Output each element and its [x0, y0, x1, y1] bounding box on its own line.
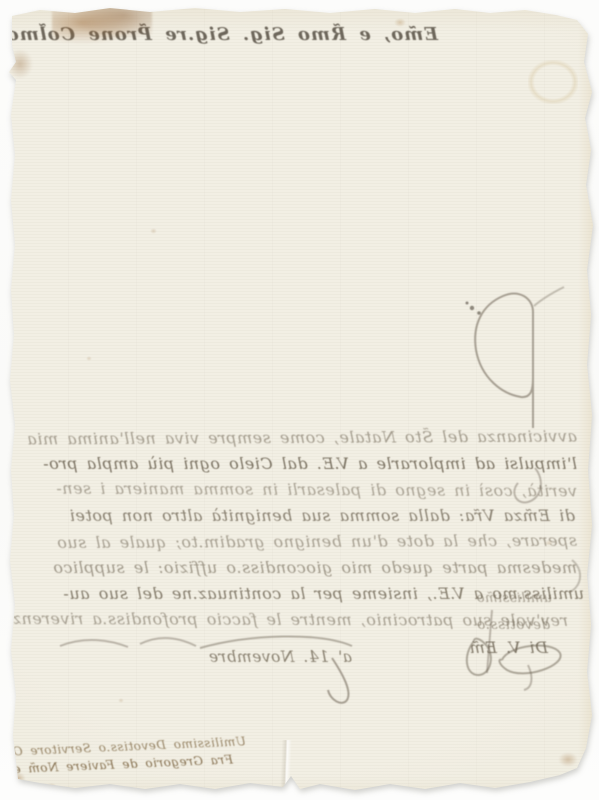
- paper-sheet: Em̃o, e R̃mo Sig. Sig.re P̃rone Col̃mo a…: [0, 0, 599, 800]
- bleed-through-closing-line: Di V. Em̃: [448, 638, 548, 657]
- bleed-through-line: medesma parte quedo mio giocondiss.o uff…: [32, 558, 577, 577]
- ink-spots: [466, 302, 481, 315]
- bleed-through-line: di Em̃za Vr̃a: dalla somma sua benignità…: [30, 506, 575, 525]
- scanned-letter-page: Em̃o, e R̃mo Sig. Sig.re P̃rone Col̃mo a…: [0, 0, 599, 800]
- bleed-through-date-line: a' 14. Novembre: [172, 648, 352, 666]
- bleed-through-closing-line: devotiss.o: [458, 617, 550, 633]
- flourish-teardrop-loop: [475, 294, 533, 428]
- flourish-signature-tail: [524, 665, 531, 690]
- pen-flourish-layer: [0, 0, 599, 800]
- stain-bottom-left-corner: [46, 783, 57, 791]
- flourish-swash: [200, 636, 352, 648]
- flourish-swash: [60, 640, 128, 647]
- foxing-dot: [86, 356, 92, 361]
- bleed-through-line: sperare, che la dote d'un benigno gradim…: [32, 531, 577, 552]
- bleed-through-heading: Em̃o, e R̃mo Sig. Sig.re P̃rone Col̃mo: [138, 24, 438, 45]
- bleed-through-line: avvicinanza del S̃to Natale, come sempre…: [32, 427, 577, 449]
- foxing-dot: [118, 698, 124, 703]
- bleed-through-line: verità, così in segno di palesarli in so…: [32, 479, 577, 501]
- ring-stain: [528, 60, 578, 104]
- stain-bottom-right-corner: [558, 752, 578, 767]
- flourish-swash: [140, 638, 196, 646]
- bleed-through-closing-line: umilissim̃o: [462, 591, 552, 606]
- stain-left-edge: [6, 48, 34, 80]
- foxing-dot: [150, 228, 157, 234]
- paper-crease: [280, 740, 292, 788]
- flourish-entry-stroke: [534, 287, 564, 306]
- paper-shadow-wrap: Em̃o, e R̃mo Sig. Sig.re P̃rone Col̃mo a…: [0, 0, 599, 800]
- bleed-through-line: l'impulsi ad implorarle a V.E. dal Cielo…: [32, 454, 577, 473]
